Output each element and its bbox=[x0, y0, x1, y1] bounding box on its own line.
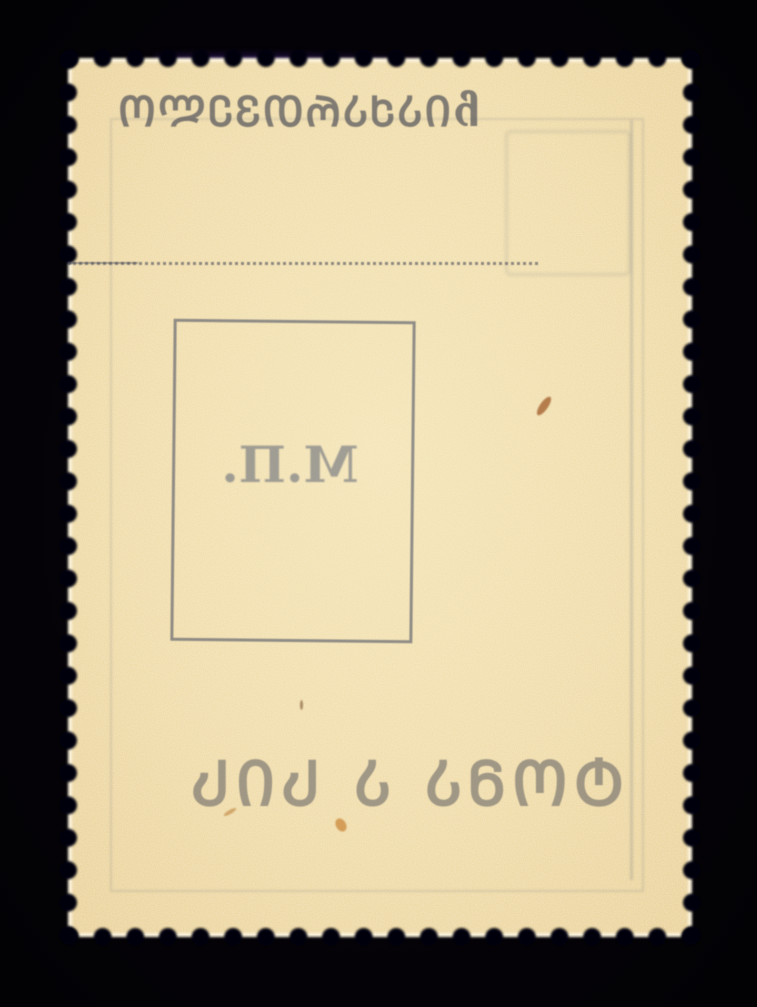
paper-stain bbox=[300, 700, 303, 710]
dotted-rule bbox=[68, 262, 538, 265]
handstamp-text: M.П. bbox=[215, 435, 365, 494]
frame-right-line bbox=[630, 120, 633, 880]
value-tablet-show-through bbox=[505, 130, 631, 276]
bottom-legend-show-through: ᲢᲝᲛᲐ Ა ᲡᲘᲡ bbox=[64, 740, 624, 824]
background: ჩᲘᲐᲥᲐᲠᲗᲕᲔᲚᲝ M.П. ᲢᲝᲛᲐ Ა ᲡᲘᲡ bbox=[0, 0, 757, 1007]
top-legend-show-through: ჩᲘᲐᲥᲐᲠᲗᲕᲔᲚᲝ bbox=[120, 82, 480, 139]
